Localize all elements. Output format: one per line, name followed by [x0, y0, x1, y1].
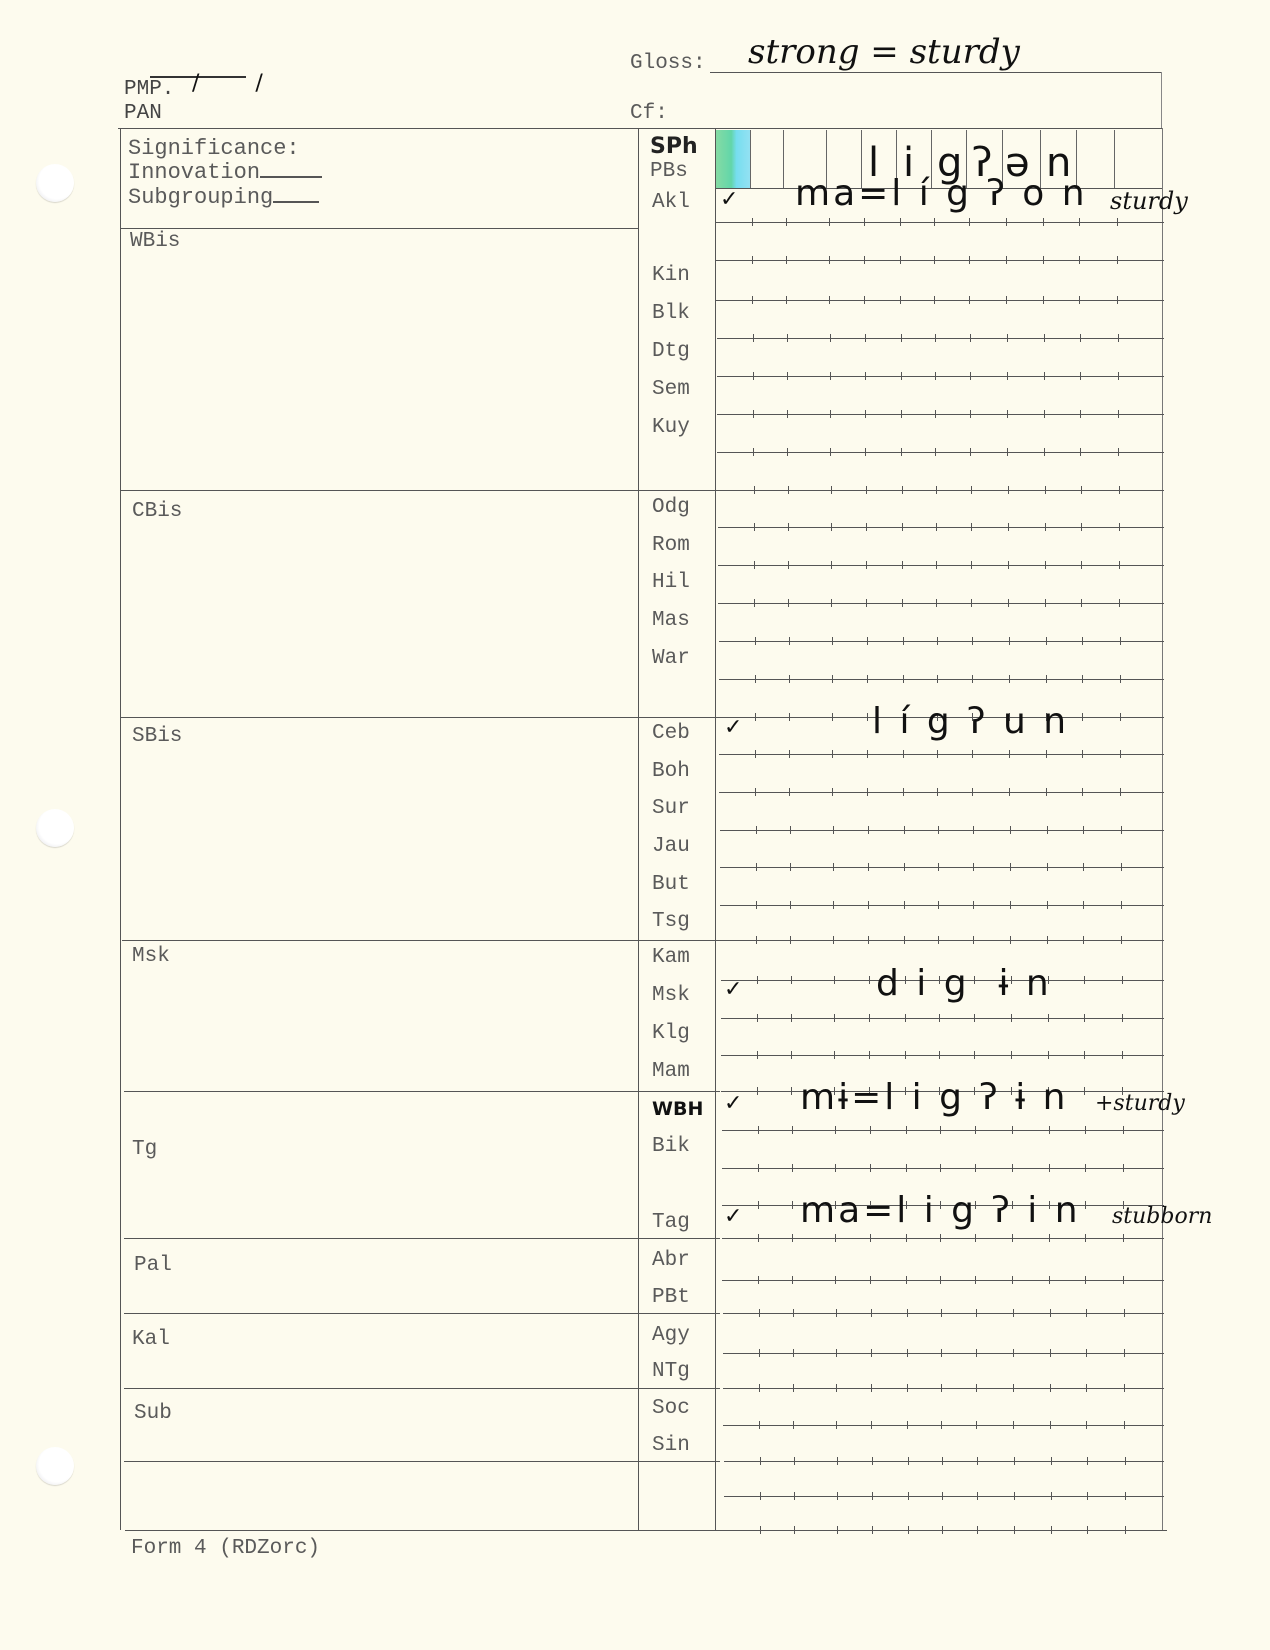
- ruled-tick: [790, 901, 791, 909]
- ruled-tick: [1012, 1234, 1013, 1242]
- ruled-tick: [1117, 296, 1118, 304]
- divider-kal: [124, 1313, 720, 1314]
- ruled-tick: [1087, 1526, 1088, 1534]
- ruled-tick: [1117, 256, 1118, 264]
- reflex-form: ma=l í g ʔ o n: [795, 173, 1088, 214]
- ruled-tick: [1043, 218, 1044, 226]
- ruled-tick: [1079, 218, 1080, 226]
- ruled-tick: [794, 1526, 795, 1534]
- proto-cell-divider: [783, 130, 784, 188]
- ruled-tick: [831, 486, 832, 494]
- ruled-tick: [900, 256, 901, 264]
- ruled-tick: [1120, 788, 1121, 796]
- ruled-tick: [934, 256, 935, 264]
- ruled-tick: [970, 410, 971, 418]
- language-label-odg: Odg: [652, 496, 712, 519]
- ruled-tick: [789, 637, 790, 645]
- language-label-kin: Kin: [652, 264, 712, 287]
- box-left-border: [120, 128, 121, 1530]
- ruled-tick: [758, 1234, 759, 1242]
- ruled-tick: [1087, 1457, 1088, 1465]
- ruled-tick: [1047, 863, 1048, 871]
- ruled-tick: [1081, 599, 1082, 607]
- language-label-sem: Sem: [652, 378, 712, 401]
- highlight-marker: [716, 130, 750, 188]
- ruled-tick: [835, 1164, 836, 1172]
- ruled-line: [718, 527, 1164, 528]
- ruled-tick: [977, 1457, 978, 1465]
- ruled-tick: [787, 448, 788, 456]
- ruled-tick: [870, 1276, 871, 1284]
- ruled-tick: [837, 1492, 838, 1500]
- ruled-tick: [1119, 486, 1120, 494]
- ruled-line: [724, 1530, 1164, 1531]
- ruled-tick: [1082, 788, 1083, 796]
- cf-label: Cf:: [630, 102, 668, 125]
- ruled-tick: [934, 296, 935, 304]
- ruled-tick: [759, 1421, 760, 1429]
- ruled-tick: [1123, 1234, 1124, 1242]
- ruled-tick: [1007, 372, 1008, 380]
- ruled-tick: [1044, 448, 1045, 456]
- ruled-tick: [1124, 1421, 1125, 1429]
- reflex-form: ma=l i g ʔ i n: [800, 1190, 1081, 1231]
- ruled-tick: [975, 1126, 976, 1134]
- ruled-tick: [907, 1349, 908, 1357]
- ruled-tick: [871, 1349, 872, 1357]
- ruled-tick: [905, 1014, 906, 1022]
- ruled-tick: [1123, 1126, 1124, 1134]
- ruled-tick: [977, 1492, 978, 1500]
- ruled-tick: [1124, 1384, 1125, 1392]
- ruled-tick: [1009, 750, 1010, 758]
- ruled-line: [716, 260, 1164, 261]
- ruled-line: [718, 603, 1164, 604]
- ruled-tick: [829, 256, 830, 264]
- reflex-gloss: sturdy: [1110, 187, 1188, 215]
- ruled-tick: [908, 1492, 909, 1500]
- ruled-tick: [903, 637, 904, 645]
- section-label-sbis: SBis: [132, 725, 182, 748]
- ruled-tick: [790, 863, 791, 871]
- ruled-tick: [871, 1421, 872, 1429]
- ruled-tick: [760, 1526, 761, 1534]
- ruled-tick: [833, 901, 834, 909]
- ruled-tick: [792, 1126, 793, 1134]
- ruled-tick: [867, 637, 868, 645]
- ruled-tick: [974, 1051, 975, 1059]
- ruled-tick: [1012, 1164, 1013, 1172]
- ruled-tick: [836, 1309, 837, 1317]
- ruled-tick: [934, 218, 935, 226]
- ruled-tick: [757, 1051, 758, 1059]
- ruled-tick: [793, 1384, 794, 1392]
- ruled-tick: [1084, 1051, 1085, 1059]
- ruled-tick: [1013, 1309, 1014, 1317]
- ruled-tick: [1081, 523, 1082, 531]
- section-label-pal: Pal: [134, 1254, 172, 1277]
- ruled-line: [719, 679, 1164, 680]
- ruled-tick: [1047, 901, 1048, 909]
- ruled-tick: [1080, 410, 1081, 418]
- ruled-tick: [791, 1051, 792, 1059]
- ruled-tick: [1007, 448, 1008, 456]
- ruled-tick: [1085, 1126, 1086, 1134]
- ruled-tick: [757, 1087, 758, 1095]
- ruled-tick: [835, 1126, 836, 1134]
- ruled-tick: [754, 486, 755, 494]
- ruled-tick: [936, 561, 937, 569]
- ruled-tick: [836, 1349, 837, 1357]
- ruled-tick: [1010, 901, 1011, 909]
- ruled-tick: [755, 713, 756, 721]
- section-label-msk: Msk: [132, 945, 170, 968]
- ruled-tick: [935, 448, 936, 456]
- ruled-tick: [758, 1126, 759, 1134]
- subgrouping-label: Subgrouping: [128, 185, 273, 210]
- ruled-tick: [833, 936, 834, 944]
- ruled-tick: [1012, 1276, 1013, 1284]
- language-label-war: War: [652, 647, 712, 670]
- language-label-jau: Jau: [652, 835, 712, 858]
- ruled-tick: [831, 561, 832, 569]
- ruled-line: [718, 490, 1164, 491]
- language-label-sin: Sin: [652, 1434, 712, 1457]
- ruled-tick: [792, 1164, 793, 1172]
- ruled-tick: [1124, 1309, 1125, 1317]
- ruled-tick: [976, 1349, 977, 1357]
- ruled-tick: [1119, 561, 1120, 569]
- ruled-tick: [971, 599, 972, 607]
- ruled-tick: [794, 1492, 795, 1500]
- ruled-tick: [831, 523, 832, 531]
- ruled-tick: [1009, 637, 1010, 645]
- ruled-line: [720, 867, 1164, 868]
- ruled-tick: [758, 1201, 759, 1209]
- ruled-line: [723, 1353, 1164, 1354]
- ruled-tick: [871, 1384, 872, 1392]
- ruled-tick: [1085, 1201, 1086, 1209]
- date-field[interactable]: / /: [150, 46, 246, 78]
- ruled-tick: [904, 863, 905, 871]
- ruled-tick: [902, 523, 903, 531]
- ruled-tick: [937, 788, 938, 796]
- ruled-tick: [759, 1384, 760, 1392]
- ruled-tick: [1120, 750, 1121, 758]
- ruled-tick: [869, 1014, 870, 1022]
- ruled-tick: [975, 1164, 976, 1172]
- ruled-tick: [1124, 1349, 1125, 1357]
- ruled-line: [723, 1313, 1164, 1314]
- language-label-rom: Rom: [652, 534, 712, 557]
- ruled-tick: [1122, 1051, 1123, 1059]
- ruled-line: [722, 1280, 1164, 1281]
- ruled-tick: [1050, 1309, 1051, 1317]
- ruled-tick: [755, 675, 756, 683]
- ruled-tick: [1011, 1014, 1012, 1022]
- ruled-line: [716, 222, 1164, 223]
- ruled-tick: [1014, 1492, 1015, 1500]
- ruled-tick: [836, 1384, 837, 1392]
- divider-sub: [124, 1388, 720, 1389]
- ruled-line: [717, 414, 1164, 415]
- ruled-line: [719, 641, 1164, 642]
- ruled-line: [717, 338, 1164, 339]
- ruled-tick: [1081, 486, 1082, 494]
- ruled-tick: [836, 1421, 837, 1429]
- ruled-tick: [830, 372, 831, 380]
- ruled-tick: [971, 523, 972, 531]
- ruled-tick: [837, 1526, 838, 1534]
- innovation-field[interactable]: Innovation: [128, 160, 322, 185]
- language-label-mam: Mam: [652, 1060, 712, 1083]
- language-label-pbt: PBt: [652, 1286, 712, 1309]
- ruled-tick: [1014, 1457, 1015, 1465]
- ruled-tick: [975, 1234, 976, 1242]
- ruled-tick: [969, 296, 970, 304]
- ruled-tick: [938, 936, 939, 944]
- col-divider-right: [715, 128, 716, 1530]
- ruled-tick: [1046, 788, 1047, 796]
- subgrouping-blank[interactable]: [273, 201, 319, 203]
- ruled-tick: [829, 218, 830, 226]
- ruled-tick: [1083, 936, 1084, 944]
- ruled-tick: [754, 561, 755, 569]
- ruled-tick: [833, 826, 834, 834]
- subgrouping-field[interactable]: Subgrouping: [128, 185, 319, 210]
- proto-cell-divider: [1114, 130, 1115, 188]
- ruled-tick: [793, 1309, 794, 1317]
- ruled-tick: [792, 1276, 793, 1284]
- ruled-tick: [970, 334, 971, 342]
- ruled-tick: [1080, 372, 1081, 380]
- ruled-tick: [973, 936, 974, 944]
- ruled-tick: [1014, 1526, 1015, 1534]
- ruled-tick: [837, 1457, 838, 1465]
- ruled-tick: [1122, 976, 1123, 984]
- ruled-tick: [942, 1526, 943, 1534]
- ruled-tick: [942, 1492, 943, 1500]
- ruled-tick: [1084, 976, 1085, 984]
- ruled-tick: [760, 1457, 761, 1465]
- significance-divider: [120, 228, 638, 229]
- ruled-tick: [1085, 1234, 1086, 1242]
- ruled-tick: [900, 296, 901, 304]
- ruled-tick: [1118, 410, 1119, 418]
- ruled-tick: [864, 296, 865, 304]
- ruled-tick: [905, 1051, 906, 1059]
- ruled-tick: [872, 1457, 873, 1465]
- col-divider-left: [638, 128, 639, 1530]
- language-label-kuy: Kuy: [652, 416, 712, 439]
- ruled-tick: [870, 1126, 871, 1134]
- ruled-tick: [793, 1421, 794, 1429]
- ruled-tick: [871, 1309, 872, 1317]
- ruled-tick: [793, 1349, 794, 1357]
- checkmark-icon: ✓: [720, 187, 738, 212]
- ruled-tick: [1079, 256, 1080, 264]
- ruled-line: [717, 376, 1164, 377]
- ruled-tick: [1045, 561, 1046, 569]
- ruled-tick: [1082, 637, 1083, 645]
- ruled-tick: [904, 901, 905, 909]
- ruled-tick: [1120, 713, 1121, 721]
- ruled-tick: [870, 1164, 871, 1172]
- ruled-tick: [755, 750, 756, 758]
- language-label-boh: Boh: [652, 760, 712, 783]
- ruled-tick: [756, 936, 757, 944]
- binder-hole-bottom: [36, 1447, 74, 1485]
- ruled-tick: [757, 976, 758, 984]
- ruled-tick: [1008, 561, 1009, 569]
- ruled-tick: [937, 637, 938, 645]
- reflex-gloss: stubborn: [1112, 1204, 1212, 1229]
- ruled-tick: [754, 599, 755, 607]
- ruled-tick: [1083, 863, 1084, 871]
- ruled-tick: [976, 1421, 977, 1429]
- ruled-tick: [867, 675, 868, 683]
- gloss-value[interactable]: strong = sturdy: [748, 32, 1020, 72]
- ruled-tick: [756, 901, 757, 909]
- section-label-sub: Sub: [134, 1402, 172, 1425]
- ruled-tick: [1009, 788, 1010, 796]
- ruled-line: [722, 1168, 1164, 1169]
- innovation-label: Innovation: [128, 160, 260, 185]
- proto-row-label-sph: SPh: [650, 134, 698, 159]
- ruled-tick: [907, 1309, 908, 1317]
- ruled-tick: [1125, 1457, 1126, 1465]
- ruled-tick: [1085, 1276, 1086, 1284]
- ruled-tick: [937, 675, 938, 683]
- ruled-tick: [1051, 1492, 1052, 1500]
- ruled-tick: [901, 372, 902, 380]
- ruled-tick: [969, 256, 970, 264]
- ruled-tick: [787, 372, 788, 380]
- ruled-tick: [1081, 561, 1082, 569]
- ruled-tick: [1047, 826, 1048, 834]
- ruled-tick: [791, 976, 792, 984]
- ruled-tick: [974, 1014, 975, 1022]
- ruled-tick: [975, 1276, 976, 1284]
- ruled-tick: [829, 296, 830, 304]
- ruled-tick: [1086, 1309, 1087, 1317]
- ruled-tick: [754, 523, 755, 531]
- ruled-tick: [901, 334, 902, 342]
- ruled-tick: [1046, 637, 1047, 645]
- ruled-tick: [786, 218, 787, 226]
- ruled-tick: [753, 334, 754, 342]
- ruled-tick: [788, 523, 789, 531]
- ruled-tick: [865, 334, 866, 342]
- ruled-tick: [1045, 486, 1046, 494]
- checkmark-icon: ✓: [724, 1091, 742, 1116]
- ruled-tick: [1007, 334, 1008, 342]
- ruled-line: [719, 792, 1164, 793]
- ruled-tick: [936, 599, 937, 607]
- ruled-tick: [1119, 599, 1120, 607]
- ruled-tick: [936, 523, 937, 531]
- ruled-tick: [1013, 1349, 1014, 1357]
- ruled-tick: [903, 675, 904, 683]
- ruled-line: [717, 452, 1164, 453]
- language-label-soc: Soc: [652, 1397, 712, 1420]
- ruled-line: [721, 1018, 1164, 1019]
- language-label-sur: Sur: [652, 797, 712, 820]
- ruled-tick: [1086, 1384, 1087, 1392]
- ruled-tick: [1085, 1164, 1086, 1172]
- ruled-line: [720, 940, 1164, 941]
- ruled-tick: [1006, 218, 1007, 226]
- ruled-tick: [973, 863, 974, 871]
- proto-cell-divider: [750, 130, 751, 188]
- language-label-tsg: Tsg: [652, 910, 712, 933]
- ruled-tick: [940, 1276, 941, 1284]
- ruled-tick: [1011, 1051, 1012, 1059]
- ruled-tick: [941, 1349, 942, 1357]
- ruled-tick: [1082, 750, 1083, 758]
- ruled-tick: [794, 1457, 795, 1465]
- reflex-form: l í g ʔ u n: [872, 701, 1069, 742]
- language-label-ntg: NTg: [652, 1360, 712, 1383]
- ruled-tick: [1086, 1349, 1087, 1357]
- ruled-tick: [869, 976, 870, 984]
- section-label-tg: Tg: [132, 1138, 157, 1161]
- section-label-wbis: WBis: [130, 230, 180, 253]
- ruled-tick: [835, 1234, 836, 1242]
- ruled-tick: [941, 1384, 942, 1392]
- ruled-tick: [834, 1014, 835, 1022]
- ruled-tick: [1049, 1276, 1050, 1284]
- ruled-tick: [1050, 1384, 1051, 1392]
- ruled-tick: [753, 410, 754, 418]
- ruled-tick: [972, 750, 973, 758]
- reflex-form: d i g ɨ n: [876, 963, 1052, 1004]
- ruled-tick: [1046, 750, 1047, 758]
- innovation-blank[interactable]: [260, 176, 322, 178]
- ruled-tick: [1120, 637, 1121, 645]
- ruled-tick: [792, 1234, 793, 1242]
- ruled-tick: [832, 788, 833, 796]
- ruled-tick: [787, 334, 788, 342]
- binder-hole-top: [36, 164, 74, 202]
- ruled-tick: [833, 863, 834, 871]
- ruled-tick: [1045, 523, 1046, 531]
- form-footer-label: Form 4 (RDZorc): [131, 1537, 320, 1560]
- ruled-tick: [869, 1051, 870, 1059]
- ruled-tick: [759, 1309, 760, 1317]
- ruled-tick: [790, 936, 791, 944]
- ruled-tick: [1118, 334, 1119, 342]
- ruled-tick: [1008, 486, 1009, 494]
- proto-row-label-pbs: PBs: [650, 160, 688, 183]
- ruled-tick: [904, 826, 905, 834]
- ruled-tick: [1084, 1087, 1085, 1095]
- ruled-tick: [902, 599, 903, 607]
- ruled-tick: [1080, 334, 1081, 342]
- ruled-line: [722, 1130, 1164, 1131]
- ruled-tick: [1044, 334, 1045, 342]
- ruled-tick: [1125, 1492, 1126, 1500]
- ruled-tick: [1121, 901, 1122, 909]
- checkmark-icon: ✓: [724, 977, 742, 1002]
- ruled-tick: [1119, 523, 1120, 531]
- ruled-tick: [868, 863, 869, 871]
- ruled-line: [724, 1461, 1164, 1462]
- proto-label-pmp: PMP.: [124, 78, 174, 101]
- ruled-tick: [755, 637, 756, 645]
- ruled-tick: [786, 296, 787, 304]
- divider-blank: [124, 1461, 720, 1462]
